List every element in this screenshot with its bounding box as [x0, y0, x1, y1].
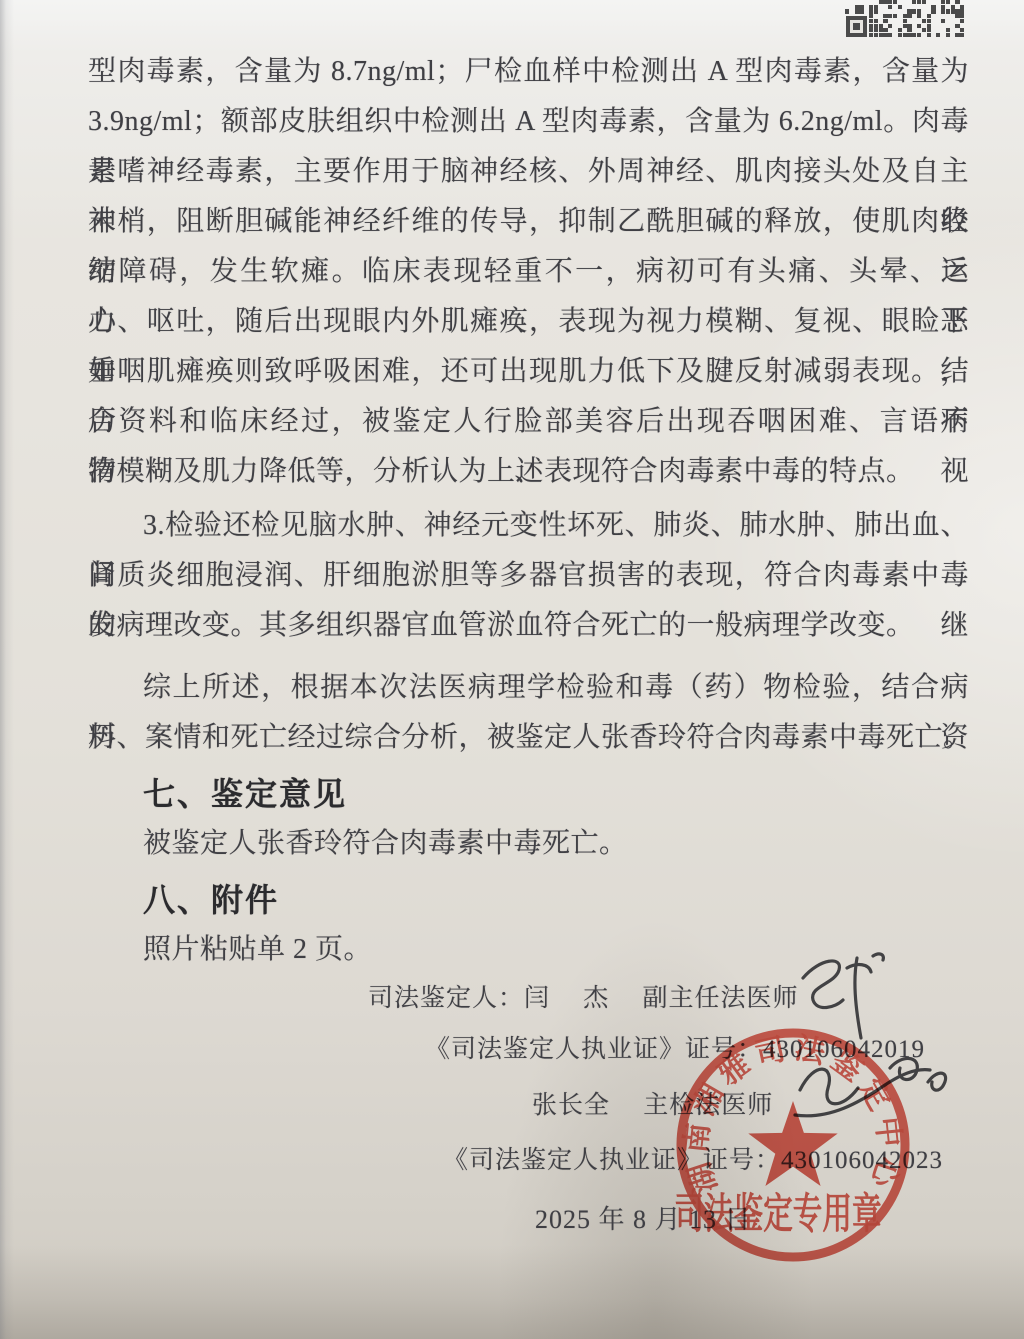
qr-module — [883, 14, 887, 18]
qr-module — [955, 33, 959, 37]
qr-module — [960, 28, 964, 32]
qr-module — [936, 33, 940, 37]
qr-module — [946, 9, 950, 13]
body-line: 料、案情和死亡经过综合分析，被鉴定人张香玲符合肉毒素中毒死亡。 — [88, 713, 969, 763]
qr-module — [927, 14, 931, 18]
qr-module — [869, 9, 873, 13]
qr-module — [903, 19, 907, 23]
qr-module — [888, 24, 892, 28]
qr-module — [903, 14, 907, 18]
qr-module — [960, 33, 964, 37]
body-line: 末梢，阻断胆碱能神经纤维的传导，抑制乙酰胆碱的释放，使肌肉收缩运 — [88, 197, 969, 247]
qr-module — [951, 9, 955, 13]
body-line: 3.检验还检见脑水肿、神经元变性坏死、肺炎、肺水肿、肺出血、肾 — [88, 501, 969, 551]
qr-module — [869, 24, 873, 28]
qr-module — [917, 33, 921, 37]
qr-module — [874, 24, 878, 28]
qr-module — [859, 9, 863, 13]
qr-code — [845, 0, 965, 38]
qr-module — [874, 19, 878, 23]
qr-module — [879, 0, 883, 4]
qr-module — [927, 33, 931, 37]
body-line: 心、呕吐，随后出现眼内外肌瘫痪，表现为视力模糊、复视、眼睑下垂， — [88, 297, 969, 347]
body-line: 历资料和临床经过，被鉴定人行脸部美容后出现吞咽困难、言语不清、视 — [88, 397, 969, 447]
qr-module — [907, 9, 911, 13]
qr-module — [927, 19, 931, 23]
qr-module — [898, 28, 902, 32]
qr-module — [946, 33, 950, 37]
body-line: 综上所述，根据本次法医病理学检验和毒（药）物检验，结合病历资 — [88, 663, 969, 713]
qr-module — [869, 19, 873, 23]
qr-finder-pattern — [846, 16, 867, 37]
body-line: 是嗜神经毒素，主要作用于脑神经核、外周神经、肌肉接头处及自主神经 — [88, 147, 969, 197]
qr-module — [874, 5, 878, 9]
qr-module — [883, 0, 887, 4]
qr-module — [845, 9, 849, 13]
seal-bottom-text: 司法鉴定专用章 — [674, 1190, 881, 1237]
qr-module — [855, 5, 859, 9]
signature-zhang-changquan — [790, 1040, 955, 1135]
opinion-statement: 被鉴定人张香玲符合肉毒素中毒死亡。 — [88, 819, 969, 869]
body-line: 发病理改变。其多组织器官血管淤血符合死亡的一般病理学改变。 — [88, 601, 969, 651]
qr-module — [869, 14, 873, 18]
qr-module — [888, 5, 892, 9]
qr-module — [931, 9, 935, 13]
qr-module — [898, 33, 902, 37]
qr-module — [922, 28, 926, 32]
qr-module — [922, 0, 926, 4]
qr-module — [903, 33, 907, 37]
qr-module — [869, 28, 873, 32]
qr-module — [941, 19, 945, 23]
qr-module — [893, 0, 897, 4]
qr-module — [931, 5, 935, 9]
scanned-document-page: 型肉毒素，含量为 8.7ng/ml；尸检血样中检测出 A 型肉毒素，含量为 3.… — [0, 0, 1024, 1339]
section-heading-attachment: 八、附件 — [88, 875, 969, 925]
qr-module — [917, 14, 921, 18]
body-line: 3.9ng/ml；额部皮肤组织中检测出 A 型肉毒素，含量为 6.2ng/ml。… — [88, 97, 969, 147]
qr-module — [960, 9, 964, 13]
body-line: 动障碍，发生软瘫。临床表现轻重不一，病初可有头痛、头晕、乏力、恶 — [88, 247, 969, 297]
body-line: 型肉毒素，含量为 8.7ng/ml；尸检血样中检测出 A 型肉毒素，含量为 — [88, 47, 969, 97]
section-heading-opinion: 七、鉴定意见 — [88, 769, 969, 819]
qr-module — [883, 28, 887, 32]
qr-module — [855, 9, 859, 13]
body-line: 物模糊及肌力降低等，分析认为上述表现符合肉毒素中毒的特点。 — [88, 447, 969, 497]
qr-module — [927, 28, 931, 32]
body-line: 如咽肌瘫痪则致呼吸困难，还可出现肌力低下及腱反射减弱表现。结合病 — [88, 347, 969, 397]
qr-module — [922, 19, 926, 23]
qr-module — [869, 5, 873, 9]
qr-module — [874, 28, 878, 32]
qr-module — [869, 33, 873, 37]
qr-module — [960, 19, 964, 23]
body-line: 间质炎细胞浸润、肝细胞淤胆等多器官损害的表现，符合肉毒素中毒的继 — [88, 551, 969, 601]
qr-module — [888, 14, 892, 18]
qr-module — [912, 0, 916, 4]
qr-module — [912, 9, 916, 13]
qr-module — [907, 14, 911, 18]
qr-module — [912, 33, 916, 37]
official-seal-stamp: 湖南湘雅司法鉴定中心 司法鉴定专用章 — [630, 985, 956, 1311]
qr-module — [879, 33, 883, 37]
qr-module — [955, 24, 959, 28]
qr-module — [883, 33, 887, 37]
qr-module — [960, 14, 964, 18]
qr-module — [951, 5, 955, 9]
qr-module — [907, 28, 911, 32]
qr-finder-dot — [853, 23, 860, 30]
qr-module — [955, 0, 959, 4]
qr-module — [907, 33, 911, 37]
qr-module — [955, 14, 959, 18]
qr-module — [879, 28, 883, 32]
qr-module — [917, 24, 921, 28]
qr-module — [879, 24, 883, 28]
qr-module — [893, 14, 897, 18]
qr-module — [955, 9, 959, 13]
qr-module — [903, 24, 907, 28]
qr-module — [888, 0, 892, 4]
qr-module — [859, 5, 863, 9]
qr-module — [874, 9, 878, 13]
qr-module — [946, 28, 950, 32]
signature-yan-jie — [795, 950, 905, 1045]
qr-module — [941, 9, 945, 13]
qr-module — [907, 24, 911, 28]
qr-module — [960, 5, 964, 9]
qr-module — [874, 33, 878, 37]
qr-module — [946, 0, 950, 4]
qr-module — [883, 19, 887, 23]
qr-module — [898, 5, 902, 9]
qr-module — [888, 33, 892, 37]
qr-module — [941, 0, 945, 4]
qr-module — [917, 0, 921, 4]
qr-module — [941, 5, 945, 9]
document-body: 型肉毒素，含量为 8.7ng/ml；尸检血样中检测出 A 型肉毒素，含量为 3.… — [88, 47, 969, 975]
qr-module — [927, 24, 931, 28]
qr-module — [917, 9, 921, 13]
